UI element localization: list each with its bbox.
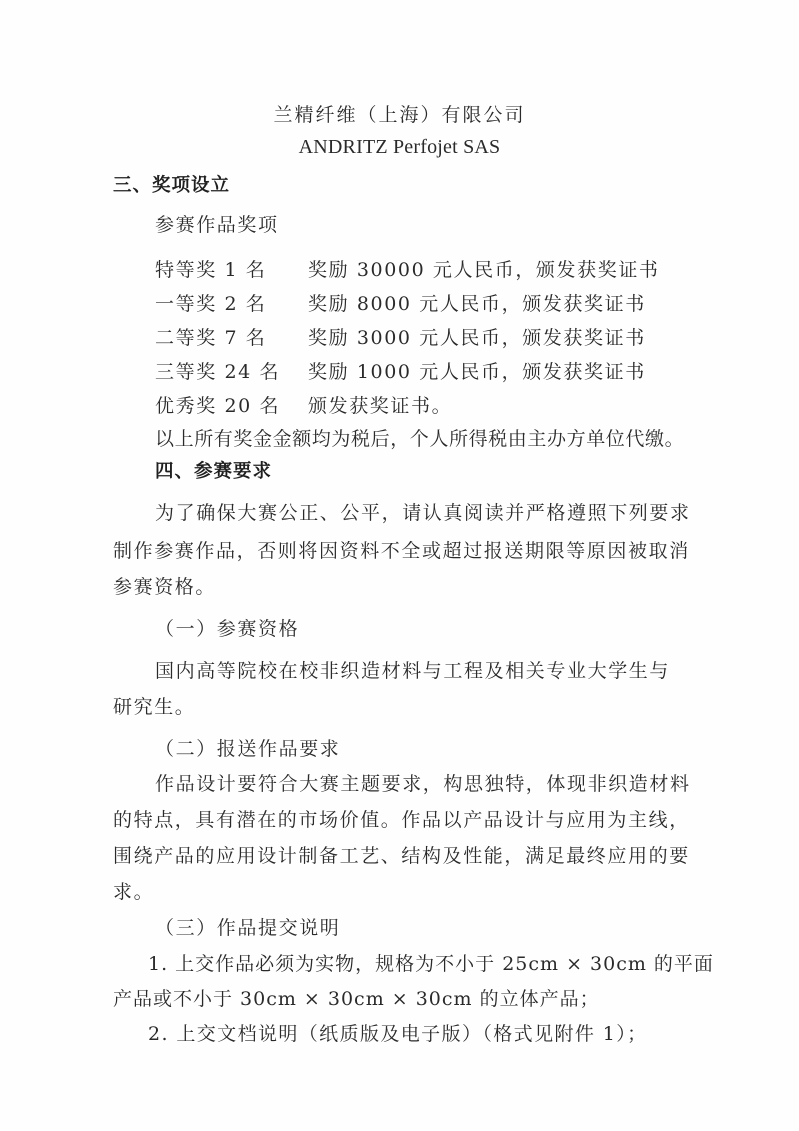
subsection-1-title: （一）参赛资格 bbox=[155, 617, 299, 641]
subsection-3-line: 产品或不小于 30cm × 30cm × 30cm 的立体产品； bbox=[113, 987, 600, 1011]
tax-note: 以上所有奖金金额均为税后，个人所得税由主办方单位代缴。 bbox=[155, 427, 684, 451]
award-description: 奖励 1000 元人民币，颁发获奖证书 bbox=[308, 360, 646, 384]
award-name: 二等奖 7 名 bbox=[155, 326, 266, 350]
section-3-subheading: 参赛作品奖项 bbox=[155, 213, 279, 237]
award-name: 特等奖 1 名 bbox=[155, 258, 266, 282]
subsection-2-title: （二）报送作品要求 bbox=[155, 737, 340, 761]
company-name-en: ANDRITZ Perfojet SAS bbox=[0, 135, 799, 159]
subsection-3-title: （三）作品提交说明 bbox=[155, 916, 340, 940]
award-description: 颁发获奖证书。 bbox=[308, 394, 452, 418]
section-4-heading: 四、参赛要求 bbox=[155, 460, 272, 484]
award-name: 一等奖 2 名 bbox=[155, 292, 266, 316]
subsection-2-line: 作品设计要符合大赛主题要求，构思独特，体现非织造材料 bbox=[155, 772, 691, 796]
section-4-intro-line: 为了确保大赛公正、公平，请认真阅读并严格遵照下列要求 bbox=[155, 501, 691, 525]
subsection-1-line: 国内高等院校在校非织造材料与工程及相关专业大学生与 bbox=[155, 659, 670, 683]
award-description: 奖励 3000 元人民币，颁发获奖证书 bbox=[308, 326, 646, 350]
subsection-2-line: 求。 bbox=[113, 880, 154, 904]
company-name-cn: 兰精纤维（上海）有限公司 bbox=[0, 103, 799, 127]
award-name: 三等奖 24 名 bbox=[155, 360, 280, 384]
subsection-2-line: 的特点，具有潜在的市场价值。作品以产品设计与应用为主线， bbox=[113, 808, 690, 832]
subsection-3-line: 2. 上交文档说明（纸质版及电子版）（格式见附件 1）； bbox=[148, 1022, 648, 1046]
section-4-intro-line: 参赛资格。 bbox=[113, 575, 216, 599]
award-name: 优秀奖 20 名 bbox=[155, 394, 280, 418]
subsection-1-line: 研究生。 bbox=[113, 695, 195, 719]
award-description: 奖励 8000 元人民币，颁发获奖证书 bbox=[308, 292, 646, 316]
section-3-heading: 三、奖项设立 bbox=[113, 174, 230, 198]
subsection-3-line: 1. 上交作品必须为实物，规格为不小于 25cm × 30cm 的平面 bbox=[148, 952, 714, 976]
award-description: 奖励 30000 元人民币，颁发获奖证书 bbox=[308, 258, 660, 282]
subsection-2-line: 围绕产品的应用设计制备工艺、结构及性能，满足最终应用的要 bbox=[113, 844, 690, 868]
section-4-intro-line: 制作参赛作品，否则将因资料不全或超过报送期限等原因被取消 bbox=[113, 539, 690, 563]
document-page: 兰精纤维（上海）有限公司 ANDRITZ Perfojet SAS 三、奖项设立… bbox=[0, 0, 799, 1131]
